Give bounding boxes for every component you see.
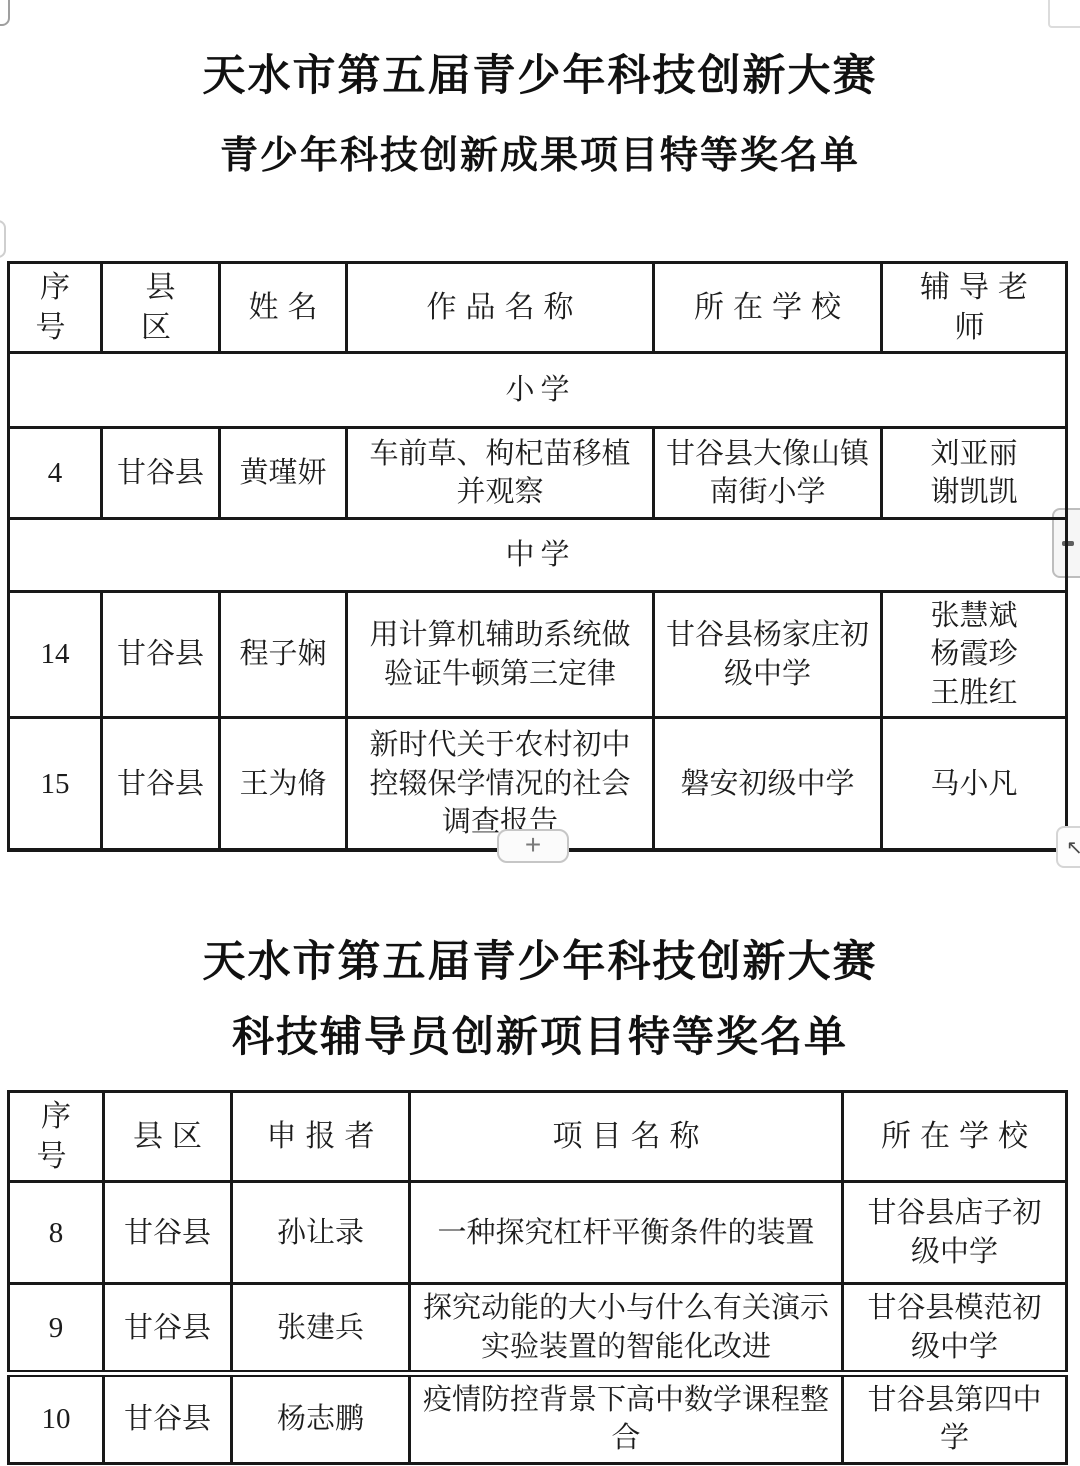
- section1-subtitle: 青少年科技创新成果项目特等奖名单: [0, 124, 1080, 179]
- section2-subtitle: 科技辅导员创新项目特等奖名单: [0, 1004, 1080, 1064]
- col-header-no: 序号: [9, 1092, 104, 1182]
- table-row: 10 甘谷县 杨志鹏 疫情防控背景下高中数学课程整合 甘谷县第四中学: [9, 1374, 1067, 1464]
- cell-school: 甘谷县第四中学: [843, 1374, 1067, 1464]
- teacher-name: 王胜红: [893, 674, 1055, 712]
- table-handle-button[interactable]: ↖: [1056, 826, 1080, 868]
- section-label-middle: 中学: [9, 519, 1067, 592]
- col-header-applicant: 申报者: [232, 1092, 410, 1182]
- arrow-up-left-icon: ↖: [1066, 835, 1080, 859]
- col-header-name: 姓名: [220, 263, 347, 353]
- cell-project: 一种探究杠杆平衡条件的装置: [410, 1182, 843, 1284]
- teacher-name: 马小凡: [893, 765, 1055, 803]
- cell-no: 15: [9, 717, 102, 850]
- add-row-button[interactable]: +: [497, 829, 569, 863]
- cell-work: 车前草、枸杞苗移植并观察: [347, 428, 654, 519]
- table-row: 8 甘谷县 孙让录 一种探究杠杆平衡条件的装置 甘谷县店子初级中学: [9, 1182, 1067, 1284]
- cell-school: 甘谷县杨家庄初级中学: [654, 592, 882, 718]
- section-label-primary: 小学: [9, 353, 1067, 428]
- section1-title: 天水市第五届青少年科技创新大赛: [0, 42, 1080, 103]
- cell-county: 甘谷县: [104, 1182, 232, 1284]
- teacher-name: 杨霞珍: [893, 635, 1055, 673]
- col-header-teacher: 辅导老师: [882, 263, 1067, 353]
- cell-school: 磐安初级中学: [654, 717, 882, 850]
- cell-no: 9: [9, 1284, 104, 1374]
- cell-applicant: 杨志鹏: [232, 1374, 410, 1464]
- col-header-county: 县区: [104, 1092, 232, 1182]
- col-header-project: 项目名称: [410, 1092, 843, 1182]
- section2-title: 天水市第五届青少年科技创新大赛: [0, 928, 1080, 989]
- cell-project: 疫情防控背景下高中数学课程整合: [410, 1374, 843, 1464]
- cell-teachers: 张慧斌 杨霞珍 王胜红: [882, 592, 1067, 718]
- col-header-work: 作品名称: [347, 263, 654, 353]
- cell-county: 甘谷县: [102, 592, 220, 718]
- cell-no: 10: [9, 1374, 104, 1464]
- cutoff-control-top-left: [0, 0, 10, 26]
- awards-table-counselors: 序号 县区 申报者 项目名称 所在学校 8 甘谷县 孙让录 一种探究杠杆平衡条件…: [7, 1090, 1068, 1465]
- teacher-name: 刘亚丽: [893, 435, 1055, 473]
- cell-no: 8: [9, 1182, 104, 1284]
- col-header-no: 序号: [9, 263, 102, 353]
- table-header-row: 序号 县 区 姓名 作品名称 所在学校 辅导老师: [9, 263, 1067, 353]
- cell-no: 14: [9, 592, 102, 718]
- cell-teachers: 刘亚丽 谢凯凯: [882, 428, 1067, 519]
- table-row: 4 甘谷县 黄瑾妍 车前草、枸杞苗移植并观察 甘谷县大像山镇南街小学 刘亚丽 谢…: [9, 428, 1067, 519]
- col-header-county: 县 区: [102, 263, 220, 353]
- cell-no: 4: [9, 428, 102, 519]
- col-header-school: 所在学校: [654, 263, 882, 353]
- col-header-school: 所在学校: [843, 1092, 1067, 1182]
- cell-name: 程子娴: [220, 592, 347, 718]
- cell-name: 王为脩: [220, 717, 347, 850]
- teacher-name: 谢凯凯: [893, 473, 1055, 511]
- cutoff-control-left: [0, 220, 6, 258]
- cell-project: 探究动能的大小与什么有关演示实验装置的智能化改进: [410, 1284, 843, 1374]
- table-header-row: 序号 县区 申报者 项目名称 所在学校: [9, 1092, 1067, 1182]
- section-row-primary: 小学: [9, 353, 1067, 428]
- cell-school: 甘谷县模范初级中学: [843, 1284, 1067, 1374]
- section-row-middle: 中学: [9, 519, 1067, 592]
- cell-work: 用计算机辅助系统做验证牛顿第三定律: [347, 592, 654, 718]
- cutoff-control-top-right: [1048, 0, 1080, 28]
- cell-applicant: 张建兵: [232, 1284, 410, 1374]
- plus-icon: +: [525, 829, 541, 860]
- cell-county: 甘谷县: [102, 428, 220, 519]
- cell-county: 甘谷县: [104, 1284, 232, 1374]
- table-row: 14 甘谷县 程子娴 用计算机辅助系统做验证牛顿第三定律 甘谷县杨家庄初级中学 …: [9, 592, 1067, 718]
- cell-school: 甘谷县大像山镇南街小学: [654, 428, 882, 519]
- teacher-name: 张慧斌: [893, 597, 1055, 635]
- cell-county: 甘谷县: [102, 717, 220, 850]
- cell-teachers: 马小凡: [882, 717, 1067, 850]
- cell-applicant: 孙让录: [232, 1182, 410, 1284]
- cell-school: 甘谷县店子初级中学: [843, 1182, 1067, 1284]
- awards-table-students: 序号 县 区 姓名 作品名称 所在学校 辅导老师 小学 4 甘谷县 黄瑾妍 车前…: [7, 261, 1068, 852]
- cell-county: 甘谷县: [104, 1374, 232, 1464]
- table-row: 9 甘谷县 张建兵 探究动能的大小与什么有关演示实验装置的智能化改进 甘谷县模范…: [9, 1284, 1067, 1374]
- cell-name: 黄瑾妍: [220, 428, 347, 519]
- document-page: 天水市第五届青少年科技创新大赛 青少年科技创新成果项目特等奖名单 序号 县 区 …: [0, 0, 1080, 1466]
